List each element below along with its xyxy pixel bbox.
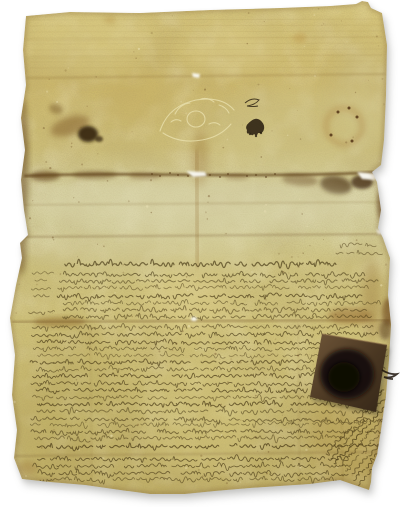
photo-background	[0, 0, 400, 507]
stain	[95, 136, 103, 142]
manuscript-photo	[0, 0, 400, 507]
stain	[30, 232, 270, 268]
stain	[362, 260, 382, 340]
fold-crease	[196, 150, 198, 268]
stain	[103, 75, 163, 125]
stain	[185, 28, 275, 72]
paper-sheet	[0, 0, 400, 507]
stain	[78, 126, 98, 142]
stain	[30, 17, 150, 73]
